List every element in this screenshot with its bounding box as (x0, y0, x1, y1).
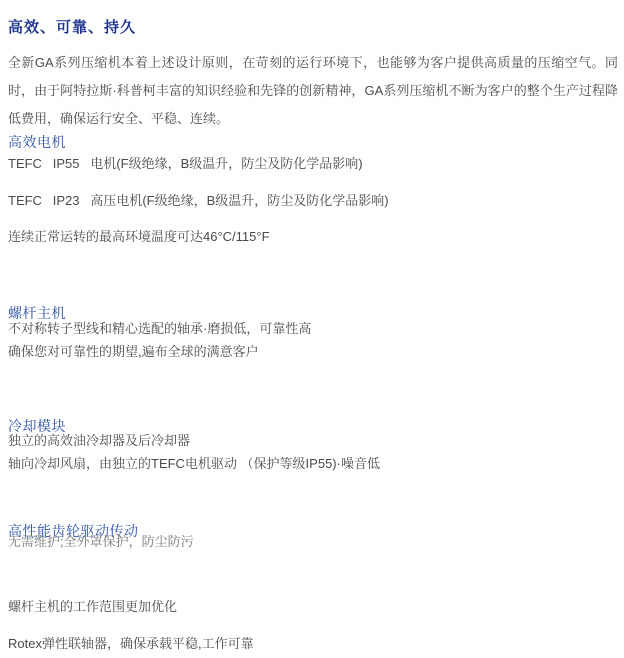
document-page: 高效、可靠、持久 全新GA系列压缩机本着上述设计原则，在苛刻的运行环境下，也能够… (0, 0, 624, 658)
screw-feature-reliability: 确保您对可靠性的期望,遍布全球的满意客户 (8, 341, 259, 360)
section-heading-motor: 高效电机 (8, 132, 66, 152)
motor-spec-ip23: TEFC IP23 高压电机(F级绝缘，B级温升，防尘及防化学品影响) (8, 190, 389, 209)
cooling-feature-fan: 轴向冷却风扇，由独立的TEFC电机驱动 （保护等级IP55)·噪音低 (8, 453, 380, 472)
motor-spec-ambient-temp: 连续正常运转的最高环境温度可达46°C/115°F (8, 226, 270, 245)
gear-feature-maintenance-free: 无需维护;全外罩保护，防尘防污 (8, 531, 194, 550)
cooling-feature-coolers: 独立的高效油冷却器及后冷却器 (8, 430, 190, 449)
screw-feature-rotor: 不对称转子型线和精心选配的轴承·磨损低，可靠性高 (8, 318, 311, 337)
intro-paragraph: 全新GA系列压缩机本着上述设计原则，在苛刻的运行环境下，也能够为客户提供高质量的… (8, 49, 618, 133)
footer-line-rotex-coupling: Rotex弹性联轴器，确保承载平稳,工作可靠 (8, 633, 254, 652)
page-title: 高效、可靠、持久 (8, 16, 136, 37)
motor-spec-ip55: TEFC IP55 电机(F级绝缘，B级温升，防尘及防化学品影响) (8, 153, 363, 172)
footer-line-optimized-range: 螺杆主机的工作范围更加优化 (8, 596, 177, 615)
